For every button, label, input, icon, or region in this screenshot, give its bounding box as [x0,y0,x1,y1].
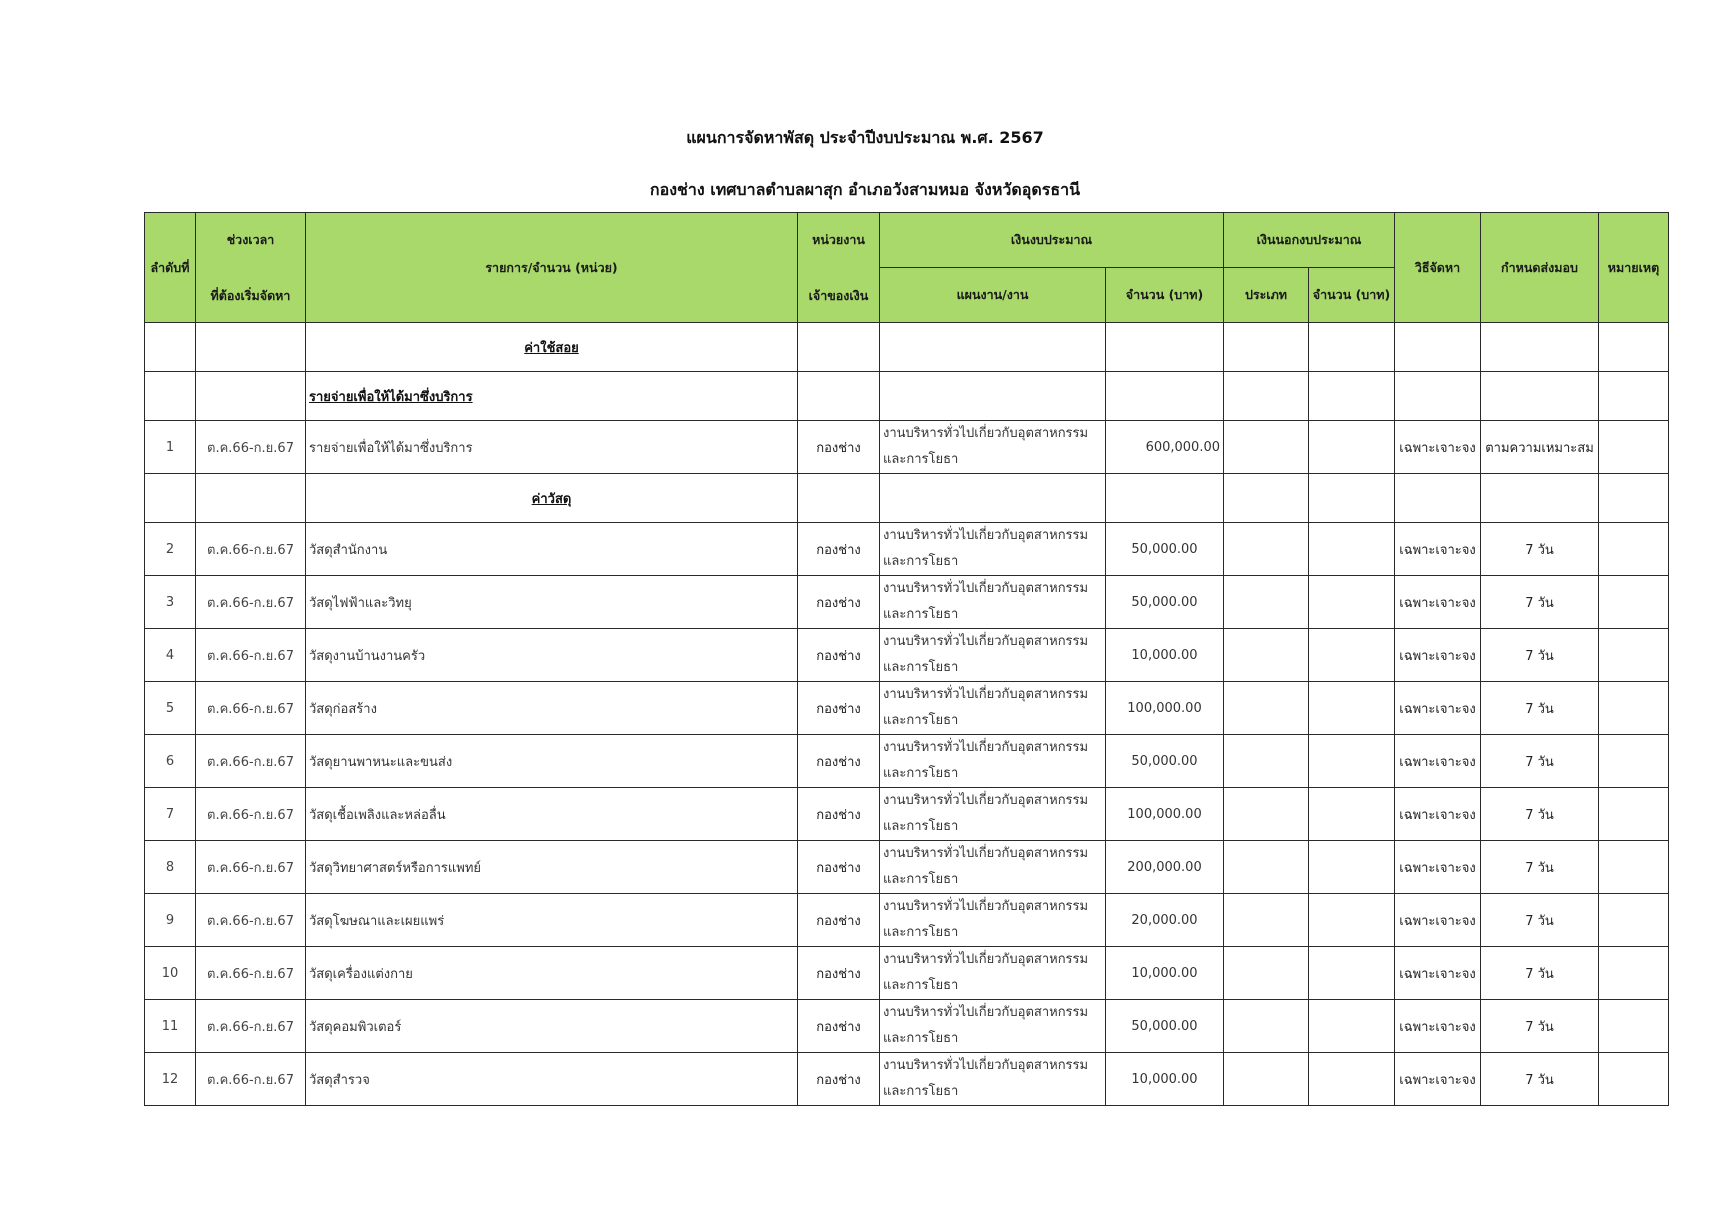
cell-delivery: 7 วัน [1481,682,1599,735]
cell-plan: งานบริหารทั่วไปเกี่ยวกับอุตสาหกรรมและการ… [880,576,1106,629]
cell-remark [1599,629,1669,682]
cell-item: วัสดุเครื่องแต่งกาย [306,947,798,1000]
cell-delivery: 7 วัน [1481,523,1599,576]
table-row: 4 ต.ค.66-ก.ย.67 วัสดุงานบ้านงานครัว กองช… [145,629,1669,682]
cell-remark [1599,1000,1669,1053]
cell-remark [1599,682,1669,735]
cell-plan-line2: และการโยธา [883,549,1102,575]
cell-offbudget-amount [1309,682,1395,735]
table-row: 9 ต.ค.66-ก.ย.67 วัสดุโฆษณาและเผยแพร่ กอง… [145,894,1669,947]
cell-item: วัสดุเชื้อเพลิงและหล่อลื่น [306,788,798,841]
cell-remark [1599,421,1669,474]
header-remark: หมายเหตุ [1599,213,1669,323]
cell-plan-line2: และการโยธา [883,761,1102,787]
header-item: รายการ/จำนวน (หน่วย) [306,213,798,323]
cell-delivery: 7 วัน [1481,576,1599,629]
cell-offbudget-type [1224,735,1309,788]
section-title: ค่าใช้สอย [524,341,579,356]
cell-plan-line1: งานบริหารทั่วไปเกี่ยวกับอุตสาหกรรม [883,841,1102,867]
cell-seq: 12 [145,1053,196,1106]
cell-plan-line2: และการโยธา [883,1079,1102,1105]
cell-method: เฉพาะเจาะจง [1395,947,1481,1000]
cell-offbudget-type [1224,947,1309,1000]
cell-amount: 10,000.00 [1106,629,1224,682]
cell-period: ต.ค.66-ก.ย.67 [196,947,306,1000]
cell-seq: 10 [145,947,196,1000]
cell-remark [1599,523,1669,576]
header-delivery: กำหนดส่งมอบ [1481,213,1599,323]
table-header: ลำดับที่ ช่วงเวลา ที่ต้องเริ่มจัดหา รายก… [145,213,1669,323]
cell-unit: กองช่าง [798,523,880,576]
cell-offbudget-type [1224,421,1309,474]
header-period-line2: ที่ต้องเริ่มจัดหา [199,286,302,306]
table-row: 6 ต.ค.66-ก.ย.67 วัสดุยานพาหนะและขนส่ง กอ… [145,735,1669,788]
cell-plan-line1: งานบริหารทั่วไปเกี่ยวกับอุตสาหกรรม [883,629,1102,655]
cell-plan-line1: งานบริหารทั่วไปเกี่ยวกับอุตสาหกรรม [883,421,1102,447]
cell-method: เฉพาะเจาะจง [1395,788,1481,841]
document-subtitle: กองช่าง เทศบาลตำบลผาสุก อำเภอวังสามหมอ จ… [0,178,1730,203]
cell-plan: งานบริหารทั่วไปเกี่ยวกับอุตสาหกรรมและการ… [880,735,1106,788]
cell-offbudget-type [1224,841,1309,894]
cell-delivery: 7 วัน [1481,947,1599,1000]
cell-item: วัสดุคอมพิวเตอร์ [306,1000,798,1053]
cell-offbudget-amount [1309,894,1395,947]
cell-delivery: 7 วัน [1481,629,1599,682]
section-row-materials: ค่าวัสดุ [145,474,1669,523]
cell-plan: งานบริหารทั่วไปเกี่ยวกับอุตสาหกรรมและการ… [880,421,1106,474]
cell-delivery: 7 วัน [1481,1000,1599,1053]
cell-unit: กองช่าง [798,629,880,682]
cell-plan-line2: และการโยธา [883,447,1102,473]
cell-method: เฉพาะเจาะจง [1395,682,1481,735]
cell-offbudget-amount [1309,947,1395,1000]
cell-amount: 50,000.00 [1106,1000,1224,1053]
table-row: 10 ต.ค.66-ก.ย.67 วัสดุเครื่องแต่งกาย กอง… [145,947,1669,1000]
cell-amount: 50,000.00 [1106,523,1224,576]
cell-item: วัสดุก่อสร้าง [306,682,798,735]
cell-plan-line1: งานบริหารทั่วไปเกี่ยวกับอุตสาหกรรม [883,523,1102,549]
cell-method: เฉพาะเจาะจง [1395,841,1481,894]
cell-plan-line2: และการโยธา [883,655,1102,681]
cell-plan-line2: และการโยธา [883,867,1102,893]
cell-unit: กองช่าง [798,576,880,629]
header-budget-amount: จำนวน (บาท) [1106,268,1224,323]
cell-item: วัสดุสำนักงาน [306,523,798,576]
header-offbudget-amount: จำนวน (บาท) [1309,268,1395,323]
cell-remark [1599,735,1669,788]
cell-period: ต.ค.66-ก.ย.67 [196,629,306,682]
cell-plan: งานบริหารทั่วไปเกี่ยวกับอุตสาหกรรมและการ… [880,841,1106,894]
section-subrow-services: รายจ่ายเพื่อให้ได้มาซึ่งบริการ [145,372,1669,421]
cell-amount: 100,000.00 [1106,788,1224,841]
cell-period: ต.ค.66-ก.ย.67 [196,523,306,576]
cell-plan: งานบริหารทั่วไปเกี่ยวกับอุตสาหกรรมและการ… [880,629,1106,682]
table-row: 1 ต.ค.66-ก.ย.67 รายจ่ายเพื่อให้ได้มาซึ่ง… [145,421,1669,474]
cell-period: ต.ค.66-ก.ย.67 [196,894,306,947]
cell-remark [1599,841,1669,894]
cell-plan-line1: งานบริหารทั่วไปเกี่ยวกับอุตสาหกรรม [883,576,1102,602]
cell-period: ต.ค.66-ก.ย.67 [196,1053,306,1106]
cell-unit: กองช่าง [798,841,880,894]
cell-method: เฉพาะเจาะจง [1395,576,1481,629]
cell-delivery: 7 วัน [1481,1053,1599,1106]
cell-amount: 600,000.00 [1106,421,1224,474]
cell-offbudget-amount [1309,629,1395,682]
cell-item: วัสดุงานบ้านงานครัว [306,629,798,682]
cell-seq: 7 [145,788,196,841]
table-row: 11 ต.ค.66-ก.ย.67 วัสดุคอมพิวเตอร์ กองช่า… [145,1000,1669,1053]
header-unit-line2: เจ้าของเงิน [801,286,876,306]
cell-plan-line1: งานบริหารทั่วไปเกี่ยวกับอุตสาหกรรม [883,894,1102,920]
cell-seq: 6 [145,735,196,788]
header-period: ช่วงเวลา ที่ต้องเริ่มจัดหา [196,213,306,323]
cell-unit: กองช่าง [798,1000,880,1053]
cell-plan-line2: และการโยธา [883,602,1102,628]
header-seq: ลำดับที่ [145,213,196,323]
cell-method: เฉพาะเจาะจง [1395,894,1481,947]
cell-period: ต.ค.66-ก.ย.67 [196,421,306,474]
cell-offbudget-amount [1309,788,1395,841]
cell-seq: 2 [145,523,196,576]
cell-delivery: 7 วัน [1481,841,1599,894]
cell-seq: 5 [145,682,196,735]
cell-plan: งานบริหารทั่วไปเกี่ยวกับอุตสาหกรรมและการ… [880,1053,1106,1106]
cell-offbudget-amount [1309,1053,1395,1106]
cell-period: ต.ค.66-ก.ย.67 [196,841,306,894]
cell-seq: 4 [145,629,196,682]
cell-plan-line2: และการโยธา [883,1026,1102,1052]
cell-amount: 200,000.00 [1106,841,1224,894]
cell-seq: 11 [145,1000,196,1053]
cell-offbudget-type [1224,629,1309,682]
cell-seq: 3 [145,576,196,629]
cell-plan-line2: และการโยธา [883,973,1102,999]
cell-item: วัสดุไฟฟ้าและวิทยุ [306,576,798,629]
cell-plan-line1: งานบริหารทั่วไปเกี่ยวกับอุตสาหกรรม [883,947,1102,973]
cell-delivery: 7 วัน [1481,894,1599,947]
cell-seq: 9 [145,894,196,947]
procurement-plan-table: ลำดับที่ ช่วงเวลา ที่ต้องเริ่มจัดหา รายก… [144,212,1669,1106]
cell-unit: กองช่าง [798,421,880,474]
section-subtitle: รายจ่ายเพื่อให้ได้มาซึ่งบริการ [309,390,473,405]
cell-item: รายจ่ายเพื่อให้ได้มาซึ่งบริการ [306,421,798,474]
cell-offbudget-type [1224,788,1309,841]
cell-plan-line1: งานบริหารทั่วไปเกี่ยวกับอุตสาหกรรม [883,788,1102,814]
cell-period: ต.ค.66-ก.ย.67 [196,1000,306,1053]
table-row: 8 ต.ค.66-ก.ย.67 วัสดุวิทยาศาสตร์หรือการแ… [145,841,1669,894]
cell-unit: กองช่าง [798,1053,880,1106]
header-budget-plan: แผนงาน/งาน [880,268,1106,323]
cell-amount: 10,000.00 [1106,1053,1224,1106]
cell-offbudget-amount [1309,576,1395,629]
cell-offbudget-type [1224,1000,1309,1053]
cell-plan-line2: และการโยธา [883,814,1102,840]
cell-remark [1599,576,1669,629]
cell-amount: 100,000.00 [1106,682,1224,735]
cell-offbudget-amount [1309,841,1395,894]
cell-plan-line2: และการโยธา [883,920,1102,946]
cell-item: วัสดุวิทยาศาสตร์หรือการแพทย์ [306,841,798,894]
cell-method: เฉพาะเจาะจง [1395,523,1481,576]
cell-period: ต.ค.66-ก.ย.67 [196,682,306,735]
cell-unit: กองช่าง [798,947,880,1000]
cell-amount: 50,000.00 [1106,576,1224,629]
cell-amount: 20,000.00 [1106,894,1224,947]
cell-amount: 10,000.00 [1106,947,1224,1000]
table-row: 2 ต.ค.66-ก.ย.67 วัสดุสำนักงาน กองช่าง งา… [145,523,1669,576]
cell-remark [1599,788,1669,841]
header-period-line1: ช่วงเวลา [199,230,302,250]
cell-unit: กองช่าง [798,894,880,947]
cell-item: วัสดุยานพาหนะและขนส่ง [306,735,798,788]
cell-offbudget-type [1224,894,1309,947]
cell-unit: กองช่าง [798,735,880,788]
cell-method: เฉพาะเจาะจง [1395,735,1481,788]
cell-plan-line1: งานบริหารทั่วไปเกี่ยวกับอุตสาหกรรม [883,1000,1102,1026]
cell-plan: งานบริหารทั่วไปเกี่ยวกับอุตสาหกรรมและการ… [880,788,1106,841]
cell-seq: 8 [145,841,196,894]
cell-method: เฉพาะเจาะจง [1395,629,1481,682]
cell-unit: กองช่าง [798,682,880,735]
cell-offbudget-type [1224,682,1309,735]
cell-method: เฉพาะเจาะจง [1395,1053,1481,1106]
cell-plan: งานบริหารทั่วไปเกี่ยวกับอุตสาหกรรมและการ… [880,523,1106,576]
header-method: วิธีจัดหา [1395,213,1481,323]
cell-plan-line1: งานบริหารทั่วไปเกี่ยวกับอุตสาหกรรม [883,682,1102,708]
cell-offbudget-amount [1309,735,1395,788]
cell-period: ต.ค.66-ก.ย.67 [196,788,306,841]
cell-plan-line1: งานบริหารทั่วไปเกี่ยวกับอุตสาหกรรม [883,1053,1102,1079]
header-budget-group: เงินงบประมาณ [880,213,1224,268]
cell-item: วัสดุสำรวจ [306,1053,798,1106]
cell-offbudget-type [1224,1053,1309,1106]
cell-plan: งานบริหารทั่วไปเกี่ยวกับอุตสาหกรรมและการ… [880,894,1106,947]
cell-offbudget-type [1224,523,1309,576]
cell-offbudget-amount [1309,1000,1395,1053]
header-offbudget-group: เงินนอกงบประมาณ [1224,213,1395,268]
cell-seq: 1 [145,421,196,474]
cell-unit: กองช่าง [798,788,880,841]
section-title: ค่าวัสดุ [532,492,572,507]
cell-period: ต.ค.66-ก.ย.67 [196,735,306,788]
cell-plan: งานบริหารทั่วไปเกี่ยวกับอุตสาหกรรมและการ… [880,682,1106,735]
cell-remark [1599,1053,1669,1106]
cell-method: เฉพาะเจาะจง [1395,421,1481,474]
cell-offbudget-type [1224,576,1309,629]
cell-delivery: ตามความเหมาะสม [1481,421,1599,474]
cell-remark [1599,947,1669,1000]
document-title: แผนการจัดหาพัสดุ ประจำปีงบประมาณ พ.ศ. 25… [0,126,1730,151]
cell-delivery: 7 วัน [1481,788,1599,841]
header-unit-line1: หน่วยงาน [801,230,876,250]
header-offbudget-type: ประเภท [1224,268,1309,323]
cell-method: เฉพาะเจาะจง [1395,1000,1481,1053]
section-row-services: ค่าใช้สอย [145,323,1669,372]
cell-item: วัสดุโฆษณาและเผยแพร่ [306,894,798,947]
cell-offbudget-amount [1309,523,1395,576]
table-row: 12 ต.ค.66-ก.ย.67 วัสดุสำรวจ กองช่าง งานบ… [145,1053,1669,1106]
cell-delivery: 7 วัน [1481,735,1599,788]
table-body: ค่าใช้สอย รายจ่ายเพื่อให้ได้มาซึ่งบริการ… [145,323,1669,1106]
cell-offbudget-amount [1309,421,1395,474]
table-row: 7 ต.ค.66-ก.ย.67 วัสดุเชื้อเพลิงและหล่อลื… [145,788,1669,841]
cell-remark [1599,894,1669,947]
table-row: 5 ต.ค.66-ก.ย.67 วัสดุก่อสร้าง กองช่าง งา… [145,682,1669,735]
cell-plan: งานบริหารทั่วไปเกี่ยวกับอุตสาหกรรมและการ… [880,1000,1106,1053]
cell-plan-line1: งานบริหารทั่วไปเกี่ยวกับอุตสาหกรรม [883,735,1102,761]
table-row: 3 ต.ค.66-ก.ย.67 วัสดุไฟฟ้าและวิทยุ กองช่… [145,576,1669,629]
cell-period: ต.ค.66-ก.ย.67 [196,576,306,629]
header-unit: หน่วยงาน เจ้าของเงิน [798,213,880,323]
cell-amount: 50,000.00 [1106,735,1224,788]
cell-plan: งานบริหารทั่วไปเกี่ยวกับอุตสาหกรรมและการ… [880,947,1106,1000]
cell-plan-line2: และการโยธา [883,708,1102,734]
